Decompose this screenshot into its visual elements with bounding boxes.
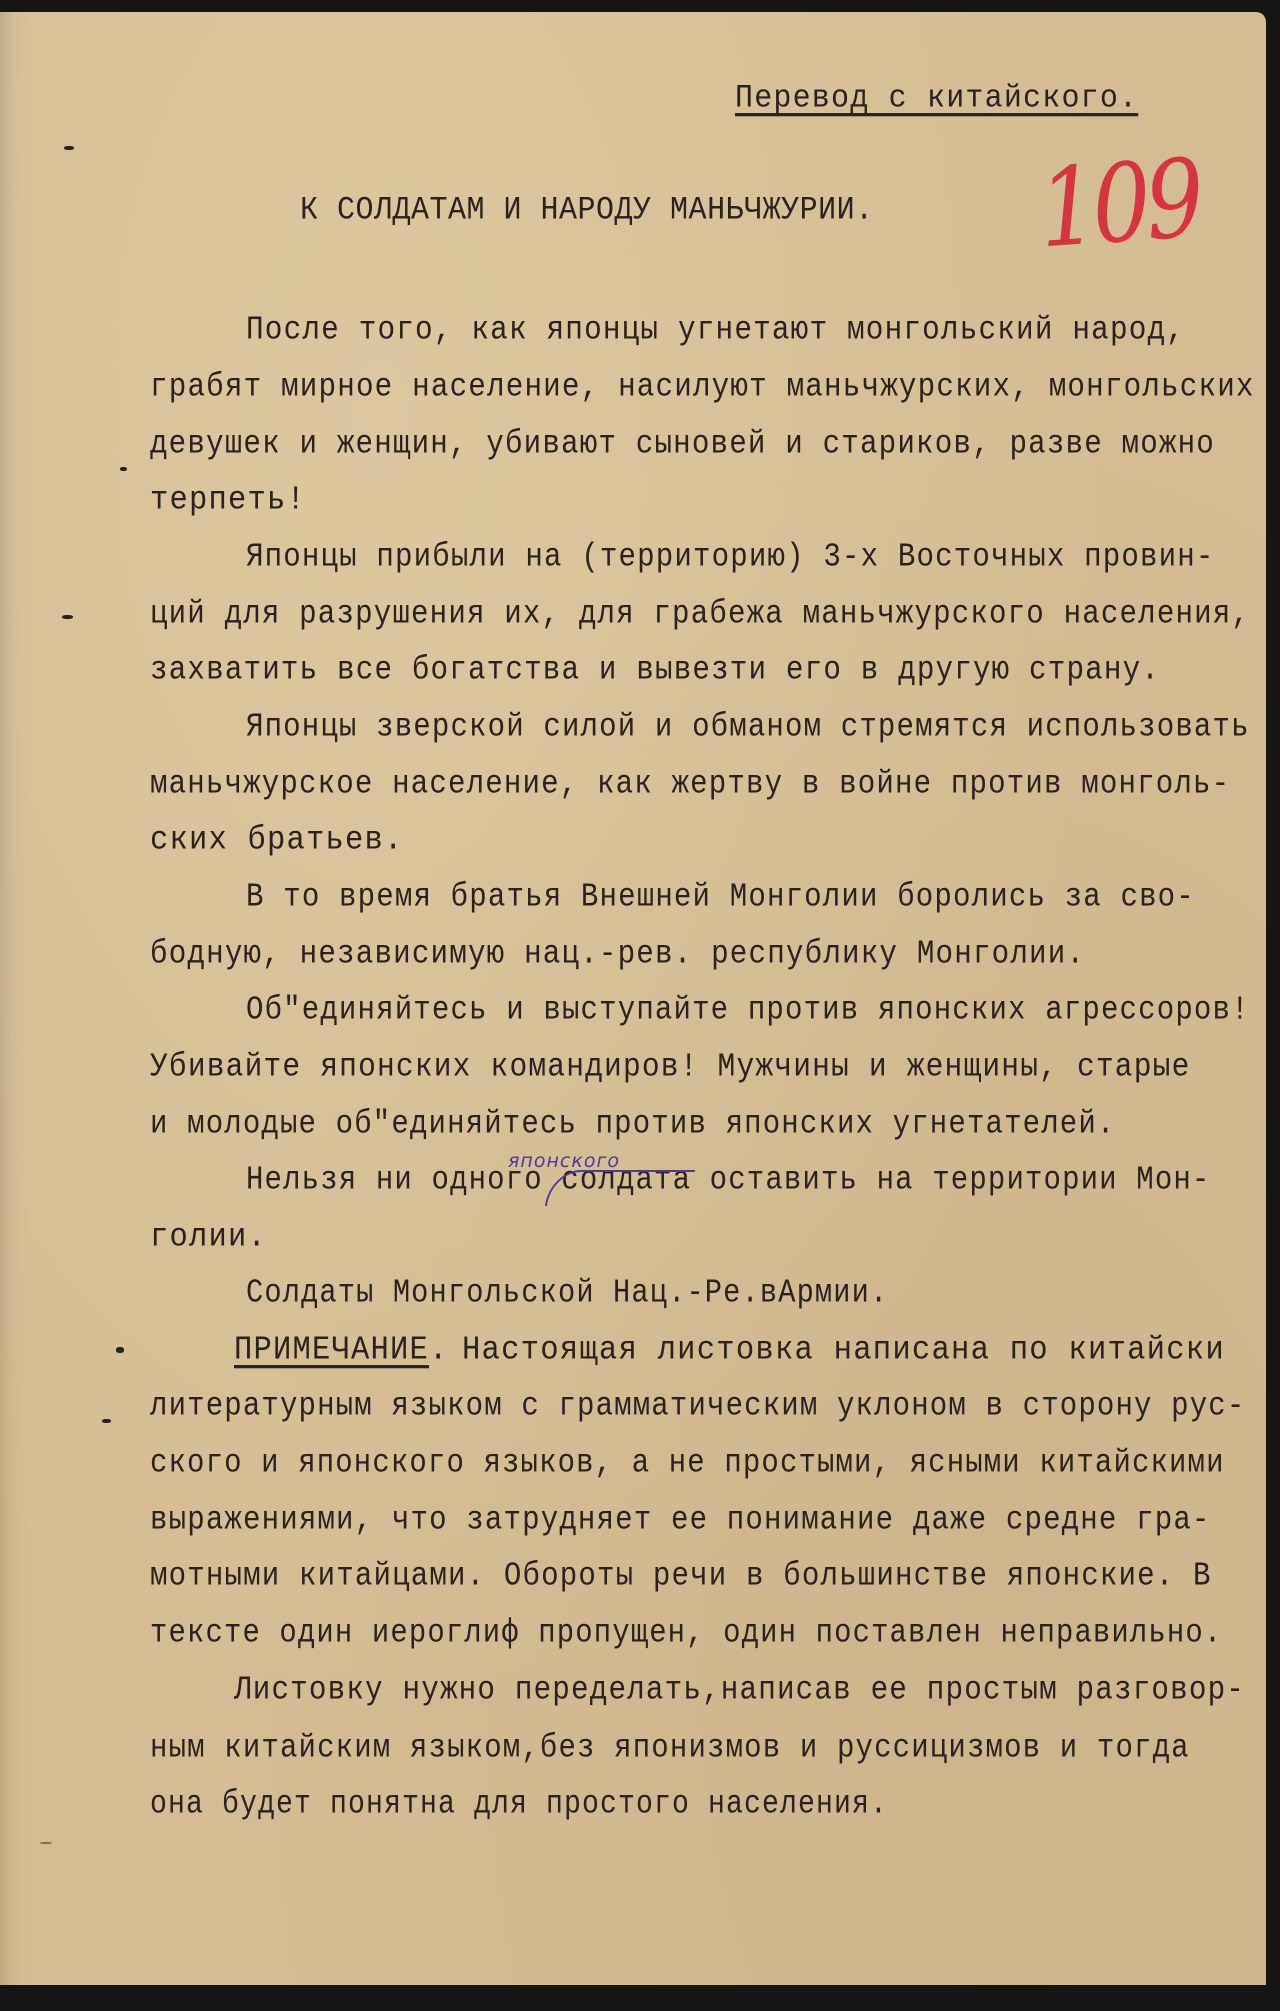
note-label-text: ПРИМЕЧАНИЕ — [234, 1333, 429, 1370]
body-line: ских братьев. — [150, 823, 404, 860]
body-line: Листовку нужно переделать,написав ее про… — [234, 1673, 1245, 1710]
body-line: Об"единяйтесь и выступайте против японск… — [246, 993, 1250, 1030]
body-line: она будет понятна для простого населения… — [150, 1787, 888, 1824]
margin-mark — [116, 1347, 124, 1353]
body-line: выражениями, что затрудняет ее понимание… — [150, 1503, 1211, 1540]
margin-mark — [40, 1842, 52, 1844]
margin-mark — [64, 146, 74, 150]
body-line: Настоящая листовка написана по китайски — [462, 1333, 1225, 1370]
insertion-mark — [545, 1170, 695, 1206]
body-line: Японцы прибыли на (территорию) 3-х Восто… — [246, 540, 1215, 577]
body-line: захватить все богатства и вывезти его в … — [150, 653, 1160, 690]
body-line: мотными китайцами. Обороты речи в больши… — [150, 1559, 1212, 1596]
body-line: и молодые об"единяйтесь против японских … — [150, 1107, 1115, 1144]
margin-mark — [102, 1419, 111, 1423]
note-label-suffix: . — [429, 1333, 468, 1370]
margin-mark — [120, 467, 127, 471]
document-title: К СОЛДАТАМ И НАРОДУ МАНЬЧЖУРИИ. — [300, 193, 874, 230]
body-line: маньчжурское население, как жертву в вой… — [150, 767, 1230, 804]
note-label: ПРИМЕЧАНИЕ. — [234, 1333, 468, 1370]
body-line: тексте один иероглиф пропущен, один пост… — [150, 1616, 1222, 1653]
document-page: Перевод с китайского. 109 К СОЛДАТАМ И Н… — [0, 12, 1266, 1985]
body-line: девушек и женщин, убивают сыновей и стар… — [150, 427, 1215, 464]
body-line: ского и японского языков, а не простыми,… — [150, 1446, 1225, 1483]
body-line: В то время братья Внешней Монголии борол… — [246, 880, 1195, 917]
body-line: ций для разрушения их, для грабежа маньч… — [150, 597, 1250, 634]
body-line: Японцы зверской силой и обманом стремятс… — [246, 710, 1250, 747]
handwritten-insertion: японского — [508, 1150, 620, 1172]
translation-header: Перевод с китайского. — [735, 81, 1138, 118]
body-line: Нельзя ни одного солдата оставить на тер… — [246, 1163, 1210, 1200]
body-line: терпеть! — [150, 483, 306, 520]
body-line: Солдаты Монгольской Нац.-Ре.вАрмии. — [246, 1276, 888, 1313]
body-line: грабят мирное население, насилуют маньчж… — [150, 370, 1255, 407]
body-line: Убивайте японских командиров! Мужчины и … — [150, 1050, 1190, 1087]
body-line: После того, как японцы угнетают монгольс… — [246, 313, 1185, 350]
page-number-handwritten: 109 — [1035, 145, 1202, 266]
margin-mark — [62, 615, 73, 619]
body-line: бодную, независимую нац.-рев. республику… — [150, 937, 1085, 974]
body-line: голии. — [150, 1220, 267, 1257]
body-line: ным китайским языком,без японизмов и рус… — [150, 1731, 1190, 1768]
body-line: литературным языком с грамматическим укл… — [150, 1389, 1245, 1426]
